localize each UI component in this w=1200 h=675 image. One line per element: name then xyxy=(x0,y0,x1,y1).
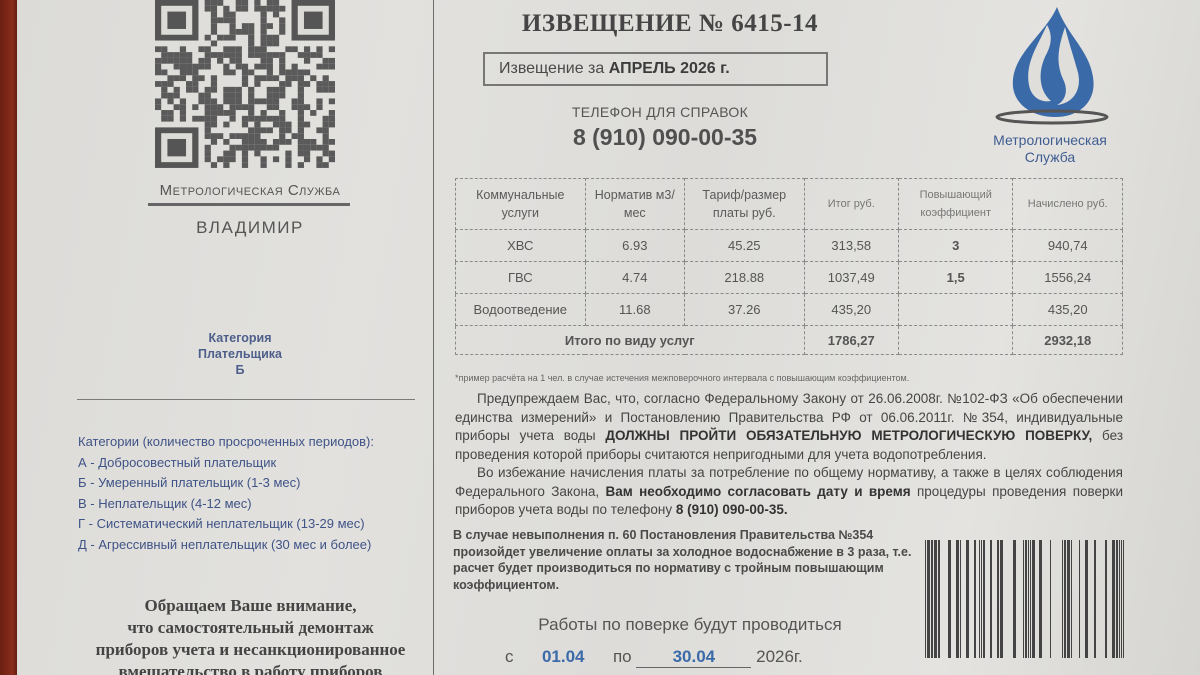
cell-tariff: 218.88 xyxy=(685,262,805,294)
left-divider-rule xyxy=(77,399,415,400)
notice-period-box: Извещение за АПРЕЛЬ 2026 г. xyxy=(483,52,828,86)
column-header: Норматив м3/мес xyxy=(585,179,684,230)
schedule-dates: с 01.04 по 30.04 2026г. xyxy=(505,647,925,668)
to-label: по xyxy=(613,647,632,666)
table-row: Водоотведение 11.68 37.26 435,20 435,20 xyxy=(456,294,1123,326)
cell-norm: 6.93 xyxy=(585,230,684,262)
from-label: с xyxy=(505,647,514,666)
cell-service: Водоотведение xyxy=(456,294,586,326)
table-total-row: Итого по виду услуг 1786,27 2932,18 xyxy=(456,326,1123,355)
org-name-left: Метрологическая Служба xyxy=(130,182,370,199)
total-coef-empty xyxy=(898,326,1013,355)
period-value: АПРЕЛЬ 2026 г. xyxy=(609,60,730,77)
cell-service: ХВС xyxy=(456,230,586,262)
table-row: ГВС 4.74 218.88 1037,49 1,5 1556,24 xyxy=(456,262,1123,294)
column-header: Начислено руб. xyxy=(1013,179,1123,230)
warning-paragraph-1: Предупреждаем Вас, что, согласно Федерал… xyxy=(455,390,1123,464)
cell-total: 1037,49 xyxy=(804,262,898,294)
cell-norm: 11.68 xyxy=(585,294,684,326)
column-header: Коммунальные услуги xyxy=(456,179,586,230)
column-header: Итог руб. xyxy=(804,179,898,230)
cell-total: 435,20 xyxy=(804,294,898,326)
total-label: Итого по виду услуг xyxy=(456,326,805,355)
notice-line: вмешательство в работу приборов xyxy=(78,661,423,675)
phone-label: ТЕЛЕФОН ДЛЯ СПРАВОК xyxy=(540,104,780,120)
notice-line: что самостоятельный демонтаж xyxy=(78,617,423,639)
logo-text-line: Служба xyxy=(960,149,1140,166)
category-legend: Категории (количество просроченных перио… xyxy=(78,432,428,555)
dismantling-notice: Обращаем Ваше внимание, что самостоятель… xyxy=(78,595,423,675)
cell-coef xyxy=(898,294,1013,326)
table-row: ХВС 6.93 45.25 313,58 3 940,74 xyxy=(456,230,1123,262)
payer-category-value: Б xyxy=(160,362,320,378)
cell-total: 313,58 xyxy=(804,230,898,262)
cell-coef: 3 xyxy=(898,230,1013,262)
logo-text: Метрологическая Служба xyxy=(960,132,1140,166)
cell-service: ГВС xyxy=(456,262,586,294)
notice-line: приборов учета и несанкционированное xyxy=(78,639,423,661)
column-header: Тариф/размер платы руб. xyxy=(685,179,805,230)
warning-emphasis: Вам необходимо согласовать дату и время xyxy=(606,484,911,499)
cell-tariff: 45.25 xyxy=(685,230,805,262)
category-item: Д - Агрессивный неплательщик (30 мес и б… xyxy=(78,535,428,556)
water-drop-icon xyxy=(985,5,1120,125)
org-name-underline xyxy=(148,203,350,206)
city-name: ВЛАДИМИР xyxy=(130,218,370,238)
notice-line: Обращаем Ваше внимание, xyxy=(78,595,423,617)
cell-coef: 1,5 xyxy=(898,262,1013,294)
cell-norm: 4.74 xyxy=(585,262,684,294)
cell-tariff: 37.26 xyxy=(685,294,805,326)
category-item: А - Добросовестный плательщик xyxy=(78,453,428,474)
warning-paragraph-2: Во избежание начисления платы за потребл… xyxy=(455,464,1123,520)
total-charged: 2932,18 xyxy=(1013,326,1123,355)
payer-category: Категория Плательщика Б xyxy=(160,330,320,378)
total-sum: 1786,27 xyxy=(804,326,898,355)
column-header: Повышающий коэффициент xyxy=(898,179,1013,230)
category-item: Г - Систематический неплательщик (13-29 … xyxy=(78,514,428,535)
payer-category-label-1: Категория xyxy=(160,330,320,346)
notice-title: ИЗВЕЩЕНИЕ № 6415-14 xyxy=(480,10,860,38)
qr-code-icon xyxy=(155,0,335,168)
category-item: В - Неплательщик (4-12 мес) xyxy=(78,494,428,515)
period-prefix: Извещение за xyxy=(499,60,604,77)
tariff-table: Коммунальные услуги Норматив м3/мес Тари… xyxy=(455,178,1123,355)
from-date: 01.04 xyxy=(518,647,608,667)
phone-number: 8 (910) 090-00-35 xyxy=(520,124,810,151)
penalty-notice: В случае невыполнения п. 60 Постановлени… xyxy=(453,527,913,593)
logo-text-line: Метрологическая xyxy=(960,132,1140,149)
warning-emphasis: ДОЛЖНЫ ПРОЙТИ ОБЯЗАТЕЛЬНУЮ МЕТРОЛОГИЧЕСК… xyxy=(605,428,1092,443)
payer-category-label-2: Плательщика xyxy=(160,346,320,362)
table-footnote: *пример расчёта на 1 чел. в случае истеч… xyxy=(455,373,1135,383)
warning-phone: 8 (910) 090-00-35. xyxy=(676,502,788,517)
cell-charged: 940,74 xyxy=(1013,230,1123,262)
cell-charged: 435,20 xyxy=(1013,294,1123,326)
to-date: 30.04 xyxy=(636,647,751,668)
cell-charged: 1556,24 xyxy=(1013,262,1123,294)
year: 2026г. xyxy=(756,647,803,666)
table-header-row: Коммунальные услуги Норматив м3/мес Тари… xyxy=(456,179,1123,230)
schedule-heading: Работы по поверке будут проводиться xyxy=(490,615,890,635)
legal-warning: Предупреждаем Вас, что, согласно Федерал… xyxy=(455,390,1123,520)
barcode-icon xyxy=(925,540,1140,665)
tear-line-divider xyxy=(433,0,434,675)
table-surface xyxy=(0,0,18,675)
category-item: Б - Умеренный плательщик (1-3 мес) xyxy=(78,473,428,494)
category-legend-heading: Категории (количество просроченных перио… xyxy=(78,432,428,453)
